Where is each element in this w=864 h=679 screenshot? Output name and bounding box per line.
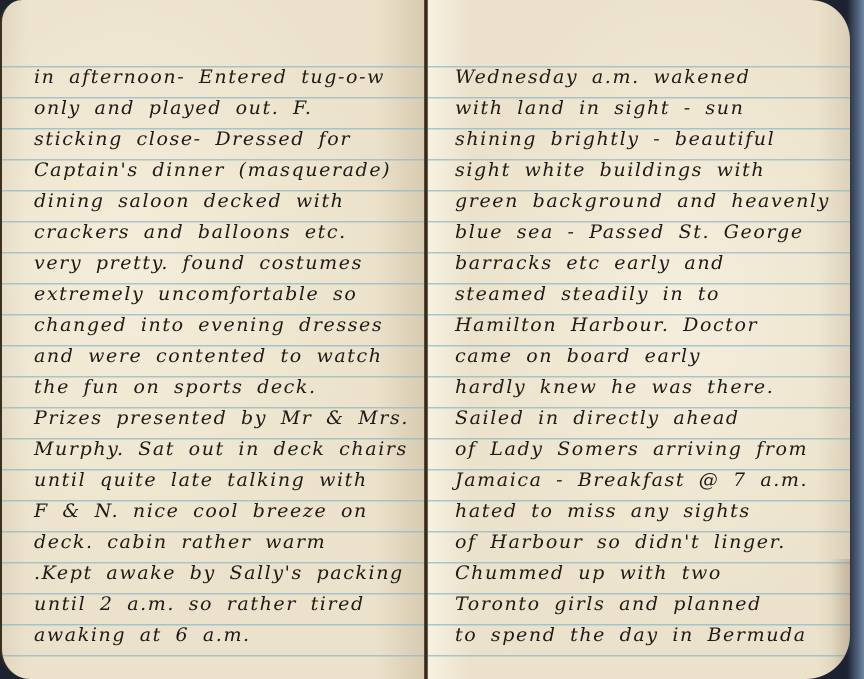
handwritten-line: Sailed in directly ahead [427,403,850,434]
handwritten-line: Toronto girls and planned [427,589,850,620]
handwritten-line: deck. cabin rather warm [2,527,425,558]
handwritten-line: Jamaica - Breakfast @ 7 a.m. [427,465,850,496]
handwritten-line: sight white buildings with [427,155,850,186]
handwritten-line: sticking close- Dressed for [2,124,425,155]
handwritten-line: only and played out. F. [2,93,425,124]
handwritten-line: barracks etc early and [427,248,850,279]
handwritten-line: steamed steadily in to [427,279,850,310]
handwritten-line: with land in sight - sun [427,93,850,124]
handwritten-line: and were contented to watch [2,341,425,372]
left-page: in afternoon- Entered tug-o-w only and p… [0,0,425,679]
handwritten-line: F & N. nice cool breeze on [2,496,425,527]
handwritten-line: hated to miss any sights [427,496,850,527]
handwritten-line: came on board early [427,341,850,372]
handwritten-line: hardly knew he was there. [427,372,850,403]
handwritten-line: shining brightly - beautiful [427,124,850,155]
handwritten-line: dining saloon decked with [2,186,425,217]
handwritten-line: Prizes presented by Mr & Mrs. [2,403,425,434]
handwritten-line: changed into evening dresses [2,310,425,341]
handwritten-line: Wednesday a.m. wakened [427,62,850,93]
handwritten-line: to spend the day in Bermuda [427,620,850,651]
notebook-scan: in afternoon- Entered tug-o-w only and p… [0,0,864,679]
handwritten-line: of Lady Somers arriving from [427,434,850,465]
handwritten-line: crackers and balloons etc. [2,217,425,248]
handwritten-line: Hamilton Harbour. Doctor [427,310,850,341]
notebook-spine [424,0,428,679]
handwritten-line: Chummed up with two [427,558,850,589]
handwritten-line: very pretty. found costumes [2,248,425,279]
handwritten-line: .Kept awake by Sally's packing [2,558,425,589]
handwritten-line: blue sea - Passed St. George [427,217,850,248]
handwritten-line: Captain's dinner (masquerade) [2,155,425,186]
handwritten-line: in afternoon- Entered tug-o-w [2,62,425,93]
handwritten-line: Murphy. Sat out in deck chairs [2,434,425,465]
right-page-text: Wednesday a.m. wakened with land in sigh… [427,66,850,655]
handwritten-line: until quite late talking with [2,465,425,496]
right-page: Wednesday a.m. wakened with land in sigh… [427,0,850,679]
handwritten-line: of Harbour so didn't linger. [427,527,850,558]
left-page-text: in afternoon- Entered tug-o-w only and p… [2,66,425,655]
handwritten-line: extremely uncomfortable so [2,279,425,310]
page-edge-shadow [830,559,850,679]
handwritten-line: the fun on sports deck. [2,372,425,403]
handwritten-line: awaking at 6 a.m. [2,620,425,651]
handwritten-line: green background and heavenly [427,186,850,217]
handwritten-line: until 2 a.m. so rather tired [2,589,425,620]
